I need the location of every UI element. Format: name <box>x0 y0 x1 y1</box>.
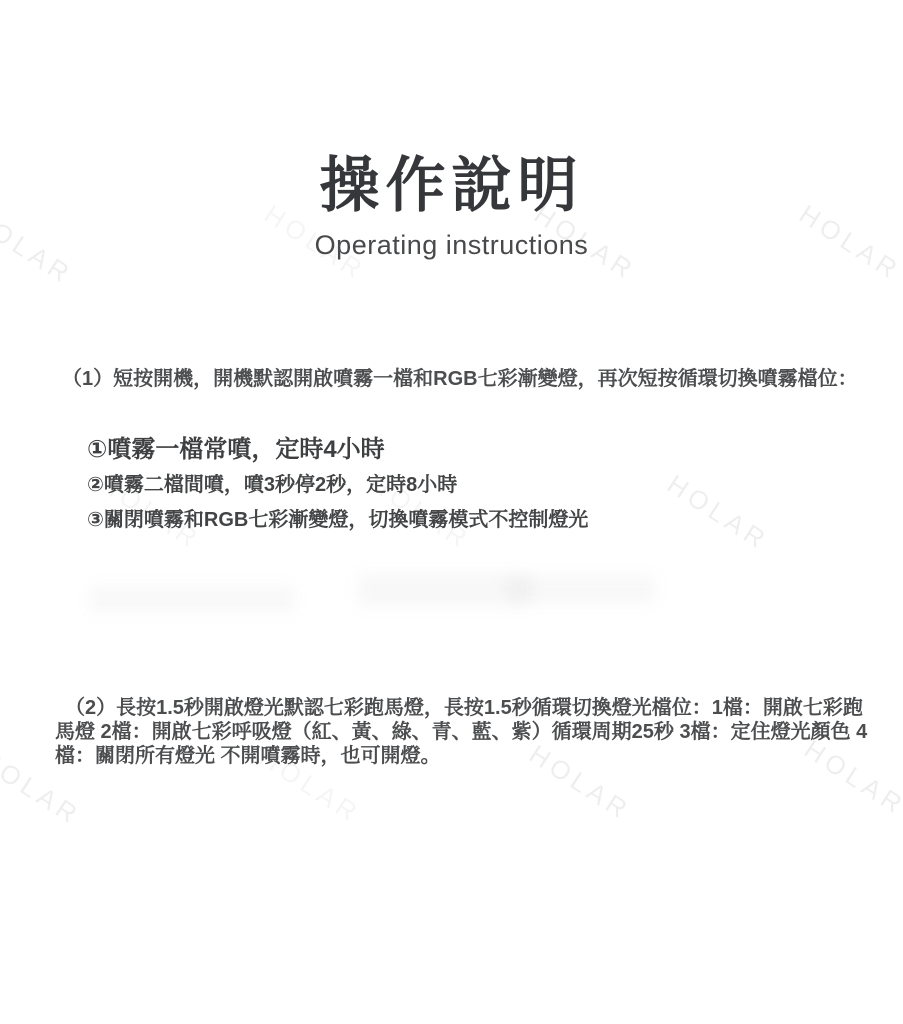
faded-smudge <box>358 573 533 607</box>
spray-mode-1-item: ①噴霧一檔常噴，定時4小時 <box>87 429 385 464</box>
faded-smudge <box>505 575 655 603</box>
faded-smudge <box>90 586 295 612</box>
long-press-line: 馬燈 2檔：開啟七彩呼吸燈（紅、黃、綠、青、藍、紫）循環周期25秒 3檔：定住燈… <box>55 720 875 744</box>
watermark-holar: HOLAR <box>662 469 775 557</box>
long-press-paragraph: （2）長按1.5秒開啟燈光默認七彩跑馬燈，長按1.5秒循環切換燈光檔位：1檔：開… <box>55 696 875 768</box>
spray-mode-2-item: ②噴霧二檔間噴，噴3秒停2秒，定時8小時 <box>87 468 457 497</box>
page-subtitle: Operating instructions <box>0 230 903 261</box>
long-press-line: （2）長按1.5秒開啟燈光默認七彩跑馬燈，長按1.5秒循環切換燈光檔位：1檔：開… <box>55 696 875 720</box>
long-press-line: 檔：關閉所有燈光 不開噴霧時，也可開燈。 <box>55 744 875 768</box>
spray-mode-3-item: ③關閉噴霧和RGB七彩漸變燈，切換噴霧模式不控制燈光 <box>87 503 588 532</box>
page-title: 操作說明 <box>0 138 903 224</box>
short-press-intro: （1）短按開機，開機默認開啟噴霧一檔和RGB七彩漸變燈，再次短按循環切換噴霧檔位… <box>62 362 858 391</box>
instruction-page: HOLAR HOLAR HOLAR HOLAR HOLAR HOLAR HOLA… <box>0 0 903 1024</box>
